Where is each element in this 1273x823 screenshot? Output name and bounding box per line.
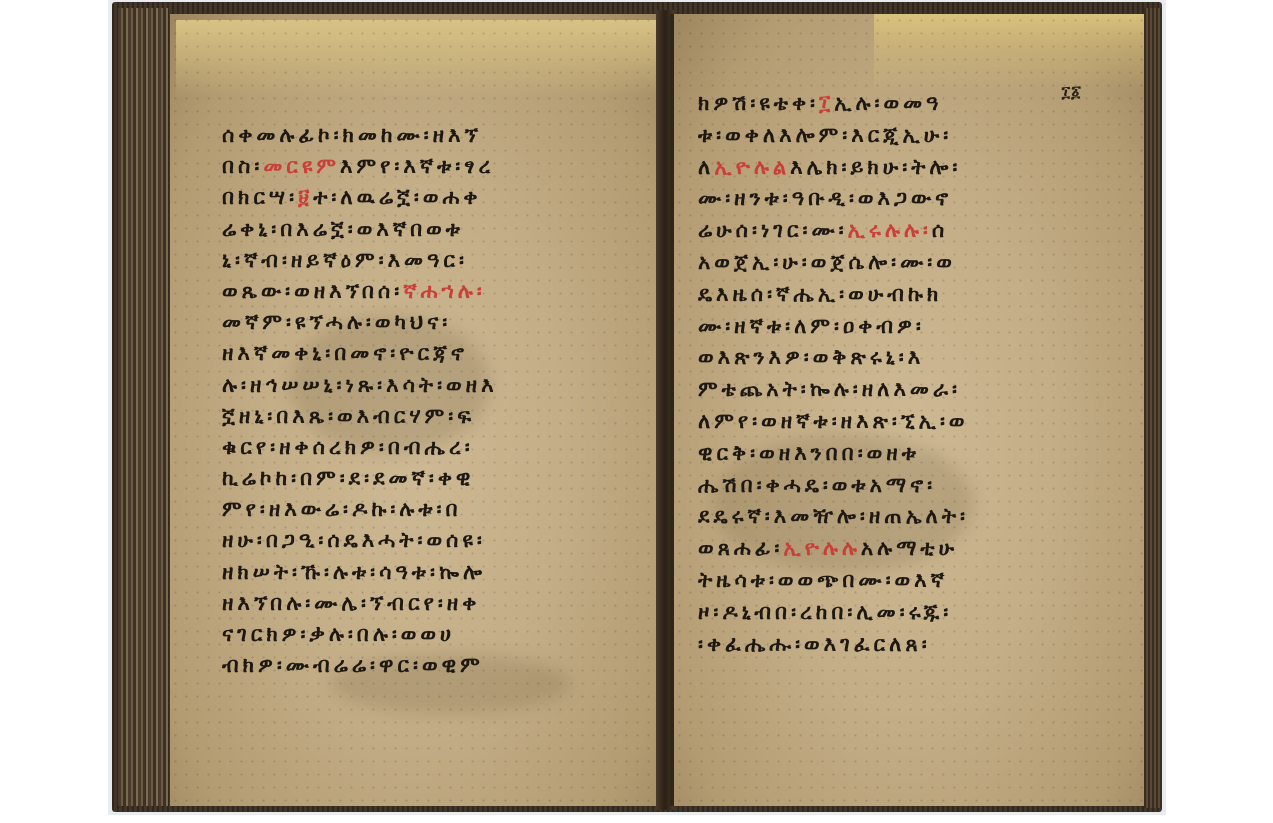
text-line: ብክዎ፡ሙብሬሬ፡ዋር፡ወዊም (222, 650, 642, 681)
right-page: ፲፩ ክዎሽ፡ዩቴቀ፡፲ኢሉ፡ወመዓ ቱ፡ወቀለእሎም፡እርጂኢሁ፡ ለኢዮሉል… (670, 14, 1144, 806)
text-line: ሔሽበ፡ቀሓዴ፡ወቱአማኖ፡ (698, 470, 1118, 502)
right-cover-edge (1144, 8, 1162, 808)
page-stack-edge (118, 8, 168, 806)
text-line: ዴእዜሰ፡ኛሔኢ፡ወሁብኩክ (698, 279, 1118, 311)
text-line: አወጀኢ፡ሁ፡ወጀሴሎ፡ሙ፡ወ (698, 247, 1118, 279)
text-line: ዘክሠት፡ኹ፡ሉቱ፡ሳዓቱ፡ኰሎ (222, 557, 642, 588)
text-line: ሬቀኒ፡በእሬኟ፡ወእኛበወቱ (222, 214, 642, 245)
text-line: ሙ፡ዘኛቱ፡ለም፡ዐቀብዎ፡ (698, 311, 1118, 343)
rubric-text: ፲ (819, 91, 834, 115)
text-line: ዘሁ፡በጋዒ፡ሰዴእሓት፡ወሰዩ፡ (222, 525, 642, 556)
text-line: ወጸሐፊ፡ኢዮሉሉአሉማቲሁ (698, 533, 1118, 565)
text-line: ወእጽንእዎ፡ወቅጽሩኒ፡እ (698, 342, 1118, 374)
text-line: ለኢዮሉልእሌክ፡ይክሁ፡ትሎ፡ (698, 152, 1118, 184)
left-page: ሰቀመሉፊኮ፡ክመከሙ፡ዘእኘ በስ፡መርዩምእምየ፡እኛቱ፡ፃረ በክርሣ፡፱… (170, 14, 662, 806)
rubric-text: ኢሩሉሉ፡ (848, 218, 932, 242)
text-line: ወጼው፡ወዘእኘበሰ፡ኛሐኀሉ፡ (222, 276, 642, 307)
text-line: ሬሁሰ፡ነገር፡ሙ፡ኢሩሉሉ፡ሰ (698, 215, 1118, 247)
rubric-text: ኢዮሉል (714, 155, 790, 179)
text-line: ዊርቅ፡ወዘእንበበ፡ወዘቱ (698, 438, 1118, 470)
rubric-text: መርዩም (263, 154, 340, 178)
text-line: በስ፡መርዩምእምየ፡እኛቱ፡ፃረ (222, 151, 642, 182)
text-line: በክርሣ፡፱ተ፡ለዉሬኟ፡ወሐቀ (222, 182, 642, 213)
text-line: ለምየ፡ወዘኛቱ፡ዘእጽ፡ኚኢ፡ወ (698, 406, 1118, 438)
text-line: ቱ፡ወቀለእሎም፡እርጂኢሁ፡ (698, 120, 1118, 152)
text-line: ምቴጨአት፡ኰሉ፡ዘለእመራ፡ (698, 374, 1118, 406)
text-line: ክዎሽ፡ዩቴቀ፡፲ኢሉ፡ወመዓ (698, 88, 1118, 120)
text-line: ኟዘኒ፡በእጼ፡ወእብርሃም፡ፍ (222, 401, 642, 432)
rubric-text: ኛሐኀሉ፡ (403, 279, 485, 303)
text-line: ኪሬኮከ፡በም፡ደ፡ደመኛ፡ቀዊ (222, 463, 642, 494)
text-line: ናገርክዎ፡ቃሉ፡በሉ፡ወወሀ (222, 619, 642, 650)
text-line: ዞ፡ዶኒብበ፡ረከበ፡ሊመ፡ሩጁ፡ (698, 597, 1118, 629)
text-line: ትዜሳቱ፡ወወጭበሙ፡ወእኛ (698, 565, 1118, 597)
text-line: መኛም፡ዩኘሓሉ፡ወካህና፡ (222, 307, 642, 338)
left-page-text: ሰቀመሉፊኮ፡ክመከሙ፡ዘእኘ በስ፡መርዩምእምየ፡እኛቱ፡ፃረ በክርሣ፡፱… (222, 120, 642, 681)
rubric-text: ፱ (298, 185, 313, 209)
text-line: ደዴሩኛ፡እመዥሎ፡ዘጠኤለት፡ (698, 501, 1118, 533)
text-line: ሙ፡ዘንቱ፡ዓቡዲ፡ወእጋውኖ (698, 183, 1118, 215)
text-line: ሉ፡ዘኅሠሠኒ፡ነጹ፡እሳት፡ወዘእ (222, 370, 642, 401)
text-line: ዘእኛመቀኒ፡በመኖ፡ዮርጃኖ (222, 338, 642, 369)
text-line: ሰቀመሉፊኮ፡ክመከሙ፡ዘእኘ (222, 120, 642, 151)
text-line: ቁርየ፡ዘቀሰረክዎ፡በብሔረ፡ (222, 432, 642, 463)
text-line: ዘእኘበሉ፡ሙሌ፡ኘብርየ፡ዘቀ (222, 588, 642, 619)
rubric-text: ኢዮሉሉ (783, 536, 861, 560)
right-page-text: ክዎሽ፡ዩቴቀ፡፲ኢሉ፡ወመዓ ቱ፡ወቀለእሎም፡እርጂኢሁ፡ ለኢዮሉልእሌክ… (698, 88, 1118, 660)
manuscript-photo: ሰቀመሉፊኮ፡ክመከሙ፡ዘእኘ በስ፡መርዩምእምየ፡እኛቱ፡ፃረ በክርሣ፡፱… (108, 0, 1166, 815)
text-line: ኒ፡ኛብ፡ዘይኛዕም፡እመዓር፡ (222, 245, 642, 276)
text-line: ፡ቀፈሔሑ፡ወእገፈርለጸ፡ (698, 629, 1118, 661)
text-line: ምየ፡ዘእውሬ፡ዶኩ፡ሉቱ፡በ (222, 494, 642, 525)
